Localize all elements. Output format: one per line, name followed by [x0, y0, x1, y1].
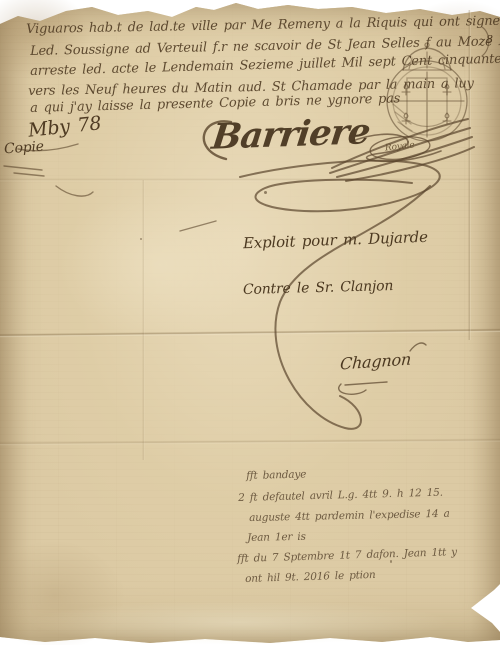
- manuscript-scan: Viguaros hab.t de lad.te ville par Me Re…: [0, 0, 500, 645]
- page-mark: 8: [486, 33, 493, 46]
- notary-signature: Barriere: [210, 111, 372, 158]
- docket-line: fft bandaye: [246, 468, 306, 482]
- docket-line: Jean 1er is: [247, 531, 306, 544]
- copy-label: Copie: [3, 139, 44, 158]
